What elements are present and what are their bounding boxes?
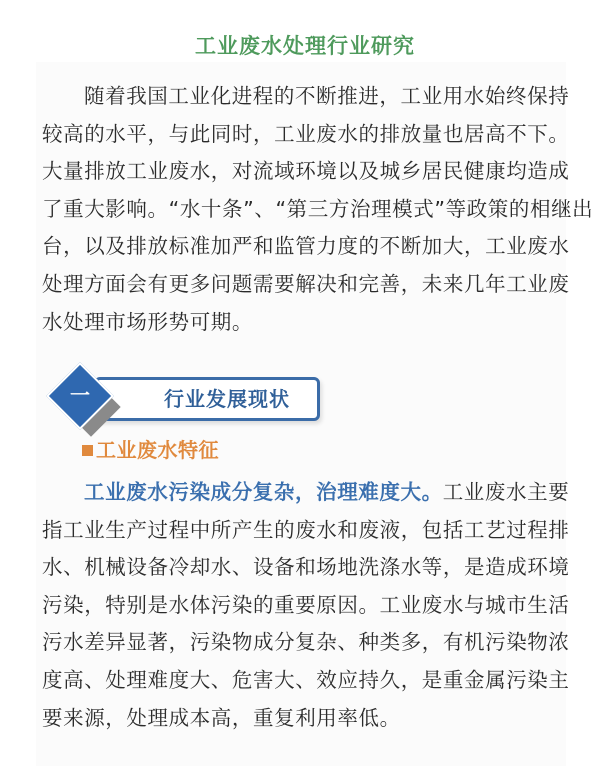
- subheading: 工业废水特征: [82, 434, 219, 466]
- highlight-sentence: 工业废水污染成分复杂，治理难度大。: [84, 480, 443, 504]
- intro-line: 水处理市场形势可期。: [42, 304, 572, 342]
- body-line: 污染，特别是水体污染的重要原因。工业废水与城市生活: [42, 587, 572, 625]
- body-line: 要来源，处理成本高，重复利用率低。: [42, 700, 572, 738]
- intro-line: 处理方面会有更多问题需要解决和完善，未来几年工业废: [42, 266, 572, 304]
- intro-line: 大量排放工业废水，对流域环境以及城乡居民健康均造成: [42, 153, 572, 191]
- intro-line: 了重大影响。“水十条”、“第三方治理模式”等政策的相继出: [42, 191, 572, 229]
- section-title-box: 行业发展现状: [94, 377, 320, 421]
- body-line: 度高、处理难度大、危害大、效应持久，是重金属污染主: [42, 662, 572, 700]
- body-first-line: 工业废水污染成分复杂，治理难度大。工业废水主要: [42, 474, 572, 512]
- intro-line: 随着我国工业化进程的不断推进，工业用水始终保持: [42, 78, 572, 116]
- subheading-text: 工业废水特征: [96, 438, 219, 462]
- section-title: 行业发展现状: [137, 380, 317, 418]
- intro-paragraph: 随着我国工业化进程的不断推进，工业用水始终保持 较高的水平，与此同时，工业废水的…: [42, 78, 572, 341]
- body-paragraph: 工业废水污染成分复杂，治理难度大。工业废水主要 指工业生产过程中所产生的废水和废…: [42, 474, 572, 737]
- body-text: 工业废水主要: [443, 480, 570, 504]
- body-line: 污水差异显著，污染物成分复杂、种类多，有机污染物浓: [42, 624, 572, 662]
- square-bullet-icon: [82, 445, 93, 456]
- body-line: 指工业生产过程中所产生的废水和废液，包括工艺过程排: [42, 512, 572, 550]
- section-number: 一: [56, 372, 104, 420]
- intro-line: 较高的水平，与此同时，工业废水的排放量也居高不下。: [42, 116, 572, 154]
- intro-line: 台，以及排放标准加严和监管力度的不断加大，工业废水: [42, 228, 572, 266]
- section-header: 行业发展现状 一: [44, 366, 324, 432]
- body-line: 水、机械设备冷却水、设备和场地洗涤水等，是造成环境: [42, 549, 572, 587]
- article-title: 工业废水处理行业研究: [0, 28, 610, 64]
